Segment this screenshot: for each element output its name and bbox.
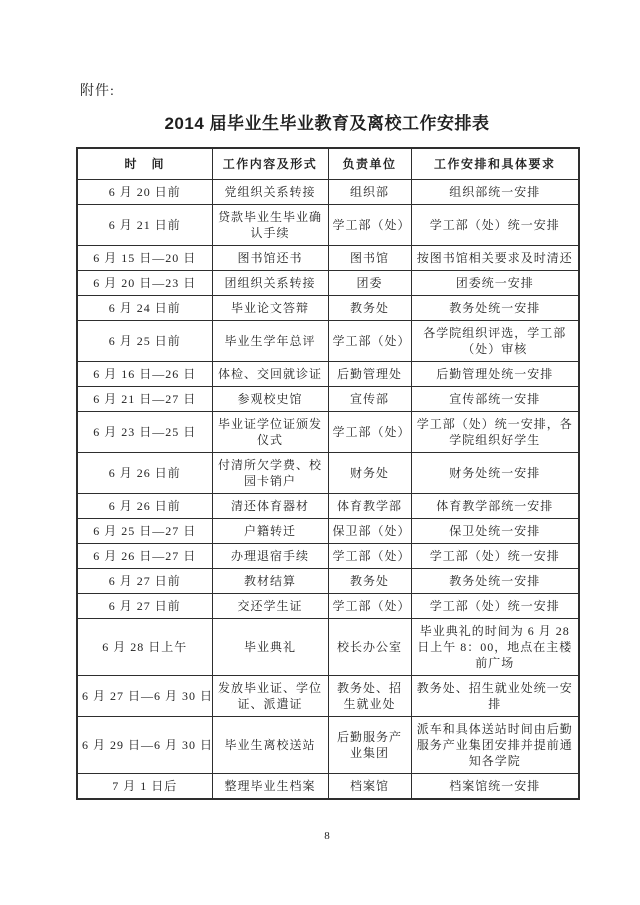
table-row: 6 月 29 日—6 月 30 日 毕业生离校送站 后勤服务产业集团 派车和具体… bbox=[77, 717, 579, 774]
unit-cell: 学工部（处） bbox=[328, 412, 411, 453]
requirement-cell: 团委统一安排 bbox=[411, 271, 579, 296]
time-cell: 6 月 27 日—6 月 30 日 bbox=[77, 676, 212, 717]
schedule-table-body: 6 月 20 日前 党组织关系转接 组织部 组织部统一安排 6 月 21 日前 … bbox=[77, 180, 579, 800]
table-row: 6 月 28 日上午 毕业典礼 校长办公室 毕业典礼的时间为 6 月 28 日上… bbox=[77, 619, 579, 676]
header-time: 时 间 bbox=[77, 148, 212, 180]
content-cell: 付清所欠学费、校园卡销户 bbox=[212, 453, 328, 494]
unit-cell: 学工部（处） bbox=[328, 321, 411, 362]
content-cell: 毕业证学位证颁发仪式 bbox=[212, 412, 328, 453]
time-cell: 6 月 21 日—27 日 bbox=[77, 387, 212, 412]
unit-cell: 学工部（处） bbox=[328, 594, 411, 619]
requirement-cell: 保卫处统一安排 bbox=[411, 519, 579, 544]
content-cell: 户籍转迁 bbox=[212, 519, 328, 544]
unit-cell: 保卫部（处） bbox=[328, 519, 411, 544]
time-cell: 6 月 21 日前 bbox=[77, 205, 212, 246]
table-row: 6 月 26 日前 清还体育器材 体育教学部 体育教学部统一安排 bbox=[77, 494, 579, 519]
content-cell: 参观校史馆 bbox=[212, 387, 328, 412]
content-cell: 毕业生离校送站 bbox=[212, 717, 328, 774]
header-requirement: 工作安排和具体要求 bbox=[411, 148, 579, 180]
unit-cell: 宣传部 bbox=[328, 387, 411, 412]
table-row: 6 月 20 日前 党组织关系转接 组织部 组织部统一安排 bbox=[77, 180, 579, 205]
time-cell: 6 月 26 日前 bbox=[77, 494, 212, 519]
time-cell: 6 月 27 日前 bbox=[77, 569, 212, 594]
table-header: 时 间 工作内容及形式 负责单位 工作安排和具体要求 bbox=[77, 148, 579, 180]
content-cell: 办理退宿手续 bbox=[212, 544, 328, 569]
table-row: 7 月 1 日后 整理毕业生档案 档案馆 档案馆统一安排 bbox=[77, 774, 579, 800]
header-unit: 负责单位 bbox=[328, 148, 411, 180]
requirement-cell: 宣传部统一安排 bbox=[411, 387, 579, 412]
table-row: 6 月 26 日前 付清所欠学费、校园卡销户 财务处 财务处统一安排 bbox=[77, 453, 579, 494]
requirement-cell: 教务处统一安排 bbox=[411, 569, 579, 594]
table-row: 6 月 24 日前 毕业论文答辩 教务处 教务处统一安排 bbox=[77, 296, 579, 321]
table-row: 6 月 23 日—25 日 毕业证学位证颁发仪式 学工部（处） 学工部（处）统一… bbox=[77, 412, 579, 453]
page-title: 2014 届毕业生毕业教育及离校工作安排表 bbox=[76, 109, 578, 134]
attachment-label: 附件: bbox=[80, 80, 578, 100]
content-cell: 整理毕业生档案 bbox=[212, 774, 328, 800]
requirement-cell: 后勤管理处统一安排 bbox=[411, 362, 579, 387]
time-cell: 6 月 26 日前 bbox=[77, 453, 212, 494]
content-cell: 毕业生学年总评 bbox=[212, 321, 328, 362]
time-cell: 6 月 23 日—25 日 bbox=[77, 412, 212, 453]
content-cell: 交还学生证 bbox=[212, 594, 328, 619]
header-content: 工作内容及形式 bbox=[212, 148, 328, 180]
time-cell: 6 月 16 日—26 日 bbox=[77, 362, 212, 387]
time-cell: 6 月 24 日前 bbox=[77, 296, 212, 321]
content-cell: 清还体育器材 bbox=[212, 494, 328, 519]
unit-cell: 体育教学部 bbox=[328, 494, 411, 519]
requirement-cell: 毕业典礼的时间为 6 月 28 日上午 8：00，地点在主楼前广场 bbox=[411, 619, 579, 676]
unit-cell: 档案馆 bbox=[328, 774, 411, 800]
unit-cell: 学工部（处） bbox=[328, 205, 411, 246]
time-cell: 6 月 28 日上午 bbox=[77, 619, 212, 676]
unit-cell: 财务处 bbox=[328, 453, 411, 494]
page-sheet: 附件: 2014 届毕业生毕业教育及离校工作安排表 时 间 工作内容及形式 负责… bbox=[0, 0, 640, 842]
requirement-cell: 组织部统一安排 bbox=[411, 180, 579, 205]
requirement-cell: 学工部（处）统一安排 bbox=[411, 544, 579, 569]
table-row: 6 月 20 日—23 日 团组织关系转接 团委 团委统一安排 bbox=[77, 271, 579, 296]
header-row: 时 间 工作内容及形式 负责单位 工作安排和具体要求 bbox=[77, 148, 579, 180]
page-number: 8 bbox=[76, 830, 578, 842]
content-cell: 党组织关系转接 bbox=[212, 180, 328, 205]
time-cell: 6 月 25 日前 bbox=[77, 321, 212, 362]
requirement-cell: 学工部（处）统一安排 bbox=[411, 594, 579, 619]
time-cell: 6 月 26 日—27 日 bbox=[77, 544, 212, 569]
unit-cell: 后勤管理处 bbox=[328, 362, 411, 387]
unit-cell: 教务处 bbox=[328, 569, 411, 594]
unit-cell: 团委 bbox=[328, 271, 411, 296]
unit-cell: 校长办公室 bbox=[328, 619, 411, 676]
time-cell: 6 月 15 日—20 日 bbox=[77, 246, 212, 271]
table-row: 6 月 21 日—27 日 参观校史馆 宣传部 宣传部统一安排 bbox=[77, 387, 579, 412]
requirement-cell: 按图书馆相关要求及时清还 bbox=[411, 246, 579, 271]
table-row: 6 月 21 日前 贷款毕业生毕业确认手续 学工部（处） 学工部（处）统一安排 bbox=[77, 205, 579, 246]
requirement-cell: 档案馆统一安排 bbox=[411, 774, 579, 800]
content-cell: 教材结算 bbox=[212, 569, 328, 594]
requirement-cell: 派车和具体送站时间由后勤服务产业集团安排并提前通知各学院 bbox=[411, 717, 579, 774]
unit-cell: 教务处、招生就业处 bbox=[328, 676, 411, 717]
content-cell: 团组织关系转接 bbox=[212, 271, 328, 296]
time-cell: 6 月 27 日前 bbox=[77, 594, 212, 619]
table-row: 6 月 16 日—26 日 体检、交回就诊证 后勤管理处 后勤管理处统一安排 bbox=[77, 362, 579, 387]
time-cell: 6 月 25 日—27 日 bbox=[77, 519, 212, 544]
requirement-cell: 教务处统一安排 bbox=[411, 296, 579, 321]
unit-cell: 后勤服务产业集团 bbox=[328, 717, 411, 774]
unit-cell: 教务处 bbox=[328, 296, 411, 321]
document-page: { "colors": { "text": "#1f1f1f", "border… bbox=[0, 0, 640, 905]
requirement-cell: 财务处统一安排 bbox=[411, 453, 579, 494]
table-row: 6 月 27 日—6 月 30 日 发放毕业证、学位证、派遣证 教务处、招生就业… bbox=[77, 676, 579, 717]
content-cell: 体检、交回就诊证 bbox=[212, 362, 328, 387]
requirement-cell: 学工部（处）统一安排 bbox=[411, 205, 579, 246]
content-cell: 毕业典礼 bbox=[212, 619, 328, 676]
time-cell: 6 月 29 日—6 月 30 日 bbox=[77, 717, 212, 774]
time-cell: 7 月 1 日后 bbox=[77, 774, 212, 800]
requirement-cell: 各学院组织评选，学工部（处）审核 bbox=[411, 321, 579, 362]
table-row: 6 月 15 日—20 日 图书馆还书 图书馆 按图书馆相关要求及时清还 bbox=[77, 246, 579, 271]
content-cell: 贷款毕业生毕业确认手续 bbox=[212, 205, 328, 246]
time-cell: 6 月 20 日—23 日 bbox=[77, 271, 212, 296]
requirement-cell: 学工部（处）统一安排，各学院组织好学生 bbox=[411, 412, 579, 453]
unit-cell: 图书馆 bbox=[328, 246, 411, 271]
schedule-table: 时 间 工作内容及形式 负责单位 工作安排和具体要求 6 月 20 日前 党组织… bbox=[76, 147, 580, 800]
table-row: 6 月 26 日—27 日 办理退宿手续 学工部（处） 学工部（处）统一安排 bbox=[77, 544, 579, 569]
requirement-cell: 教务处、招生就业处统一安排 bbox=[411, 676, 579, 717]
table-row: 6 月 27 日前 教材结算 教务处 教务处统一安排 bbox=[77, 569, 579, 594]
unit-cell: 组织部 bbox=[328, 180, 411, 205]
table-row: 6 月 27 日前 交还学生证 学工部（处） 学工部（处）统一安排 bbox=[77, 594, 579, 619]
content-cell: 图书馆还书 bbox=[212, 246, 328, 271]
table-row: 6 月 25 日—27 日 户籍转迁 保卫部（处） 保卫处统一安排 bbox=[77, 519, 579, 544]
content-cell: 发放毕业证、学位证、派遣证 bbox=[212, 676, 328, 717]
requirement-cell: 体育教学部统一安排 bbox=[411, 494, 579, 519]
unit-cell: 学工部（处） bbox=[328, 544, 411, 569]
time-cell: 6 月 20 日前 bbox=[77, 180, 212, 205]
content-cell: 毕业论文答辩 bbox=[212, 296, 328, 321]
table-row: 6 月 25 日前 毕业生学年总评 学工部（处） 各学院组织评选，学工部（处）审… bbox=[77, 321, 579, 362]
